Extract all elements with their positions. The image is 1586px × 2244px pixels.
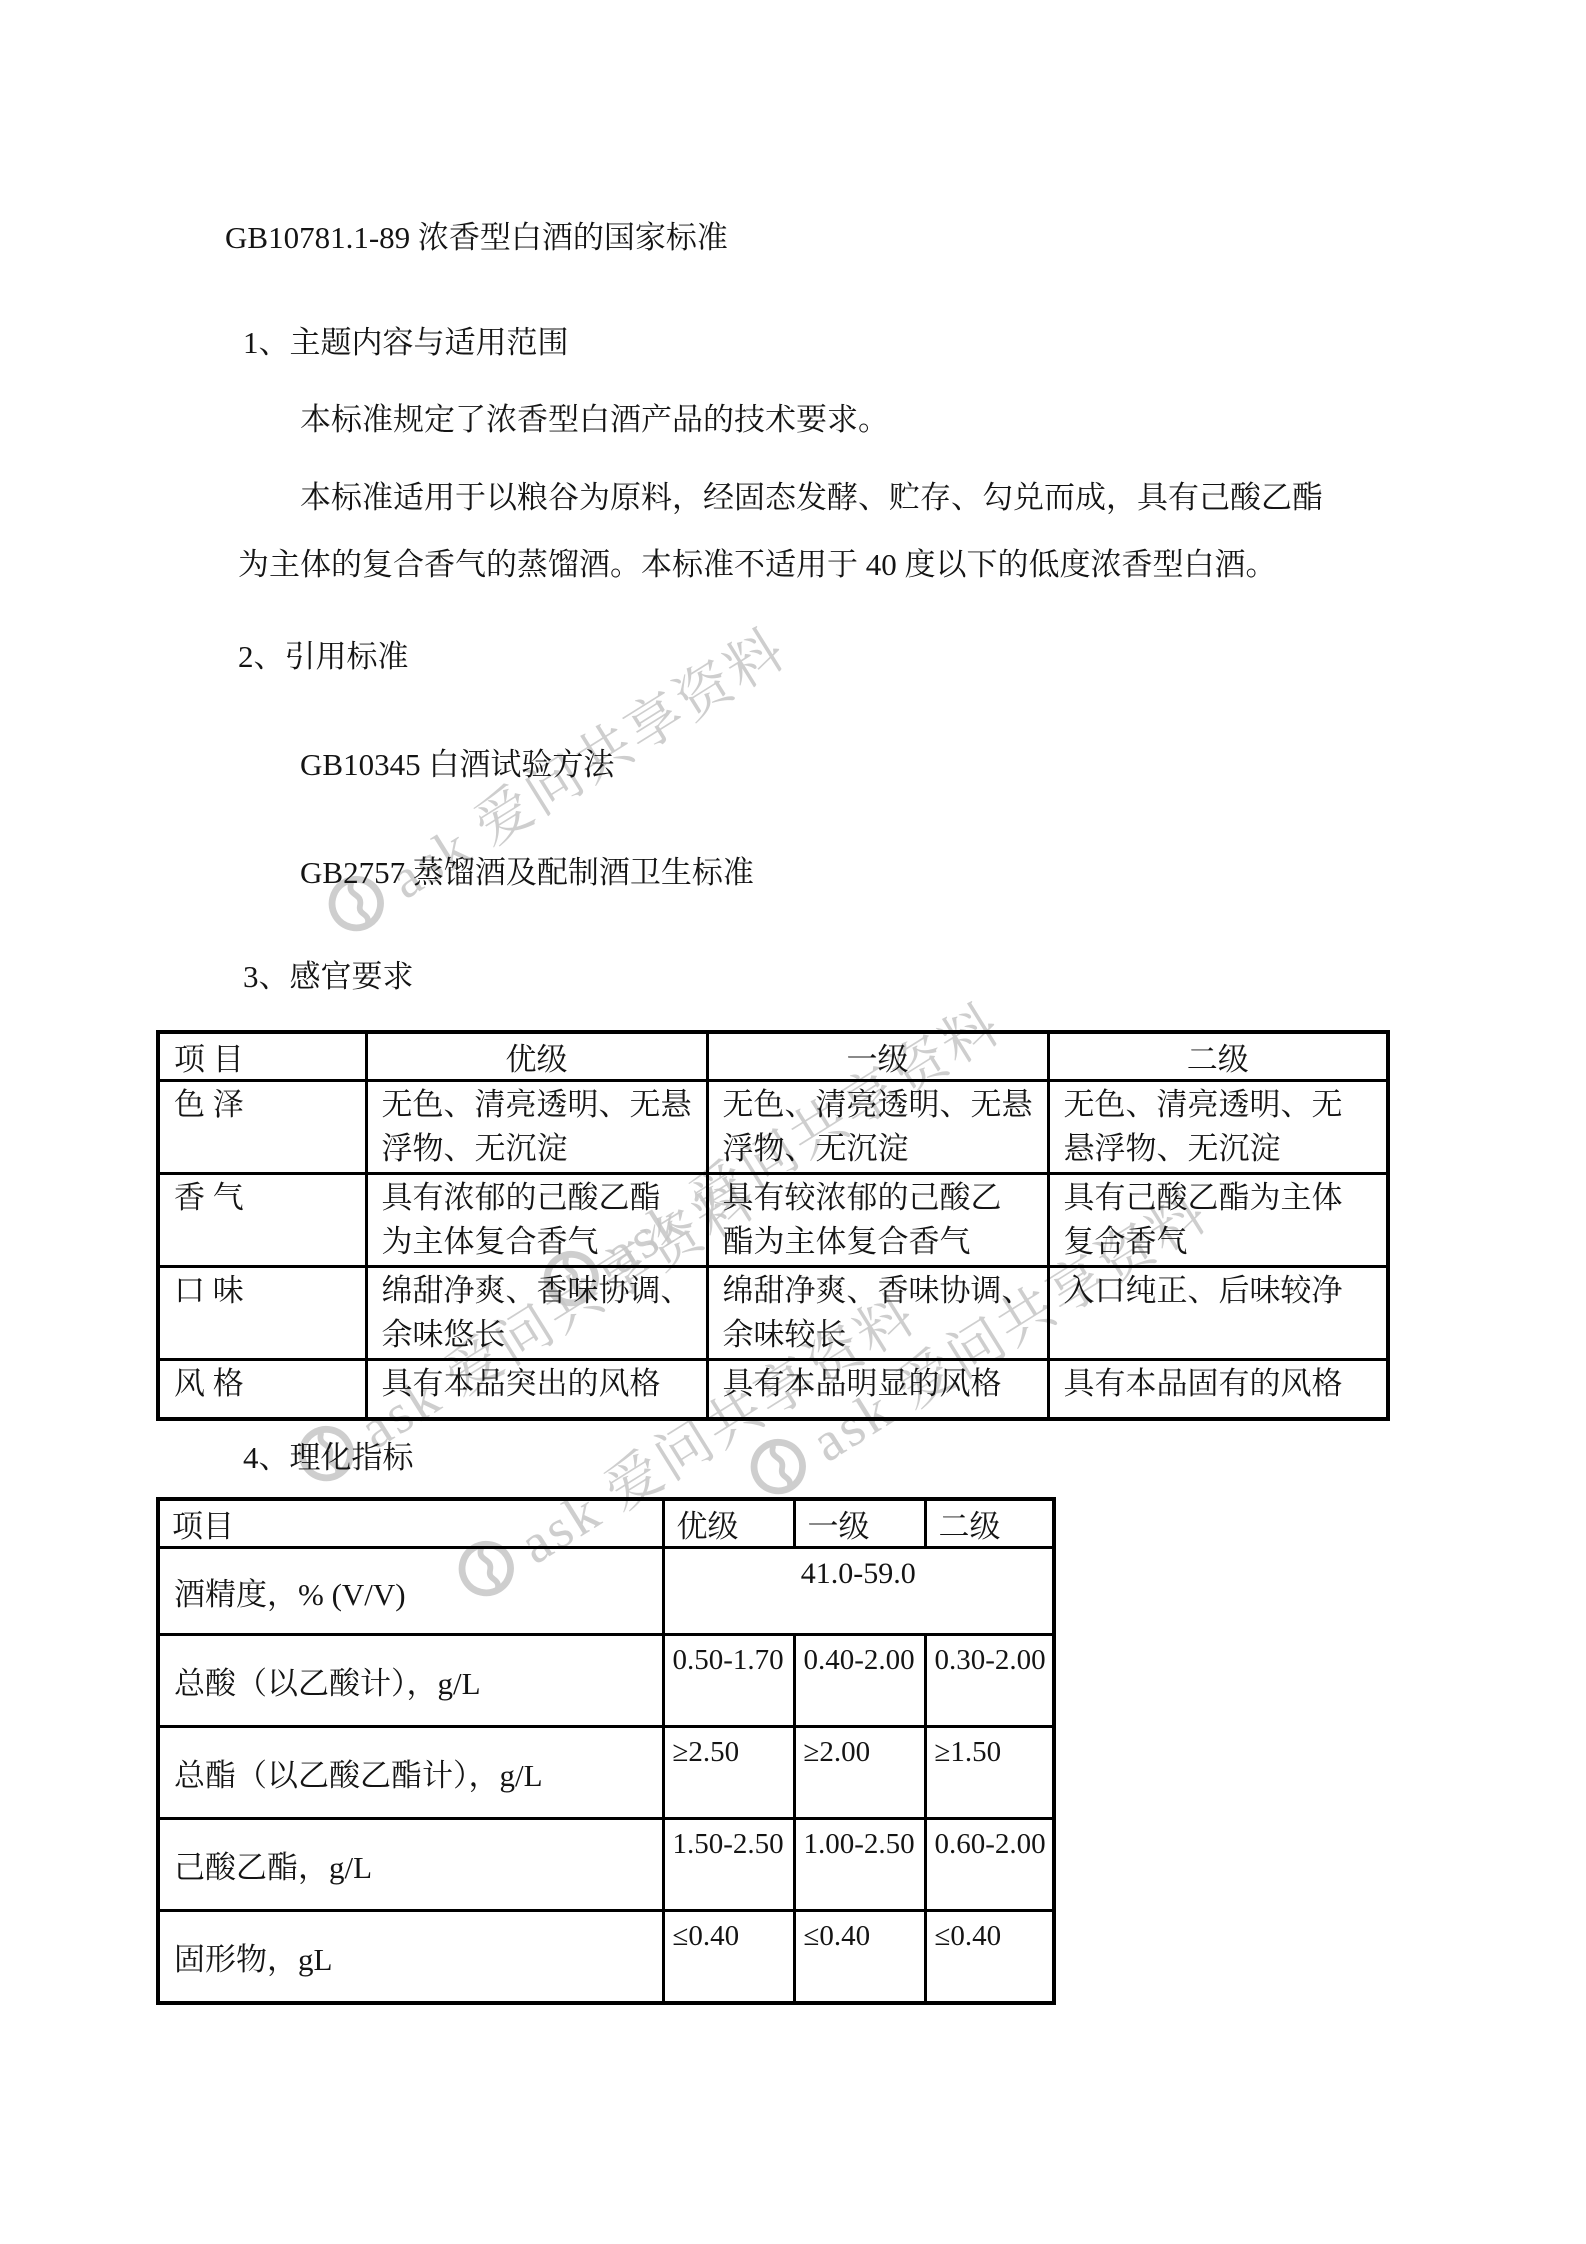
table-header-cell: 项 目: [158, 1032, 366, 1081]
section-2-reference-1: GB10345 白酒试验方法: [300, 745, 614, 785]
section-3-heading: 3、感官要求: [243, 957, 414, 997]
table-header-cell: 一级: [794, 1499, 925, 1548]
table-row: 风 格 具有本品突出的风格 具有本品明显的风格 具有本品固有的风格: [158, 1360, 1388, 1420]
table-header-cell: 二级: [1048, 1032, 1388, 1081]
table-header-cell: 一级: [707, 1032, 1048, 1081]
table-cell: 总酯（以乙酸乙酯计），g/L: [158, 1727, 663, 1819]
table-cell: 具有本品突出的风格: [366, 1360, 707, 1420]
section-1-heading: 1、主题内容与适用范围: [243, 323, 569, 363]
table-cell: ≤0.40: [663, 1911, 794, 2004]
table-cell: 0.60-2.00: [925, 1819, 1054, 1911]
section-2-heading: 2、引用标准: [238, 637, 409, 677]
table-cell: ≤0.40: [794, 1911, 925, 2004]
table-cell: 绵甜净爽、香味协调、 余味较长: [707, 1267, 1048, 1360]
table-cell: 0.40-2.00: [794, 1635, 925, 1727]
table-cell: 香 气: [158, 1174, 366, 1267]
table-cell: 具有浓郁的己酸乙酯 为主体复合香气: [366, 1174, 707, 1267]
table-cell: 入口纯正、后味较净: [1048, 1267, 1388, 1360]
table-cell: 1.50-2.50: [663, 1819, 794, 1911]
table-cell: 色 泽: [158, 1081, 366, 1174]
table-cell: 绵甜净爽、香味协调、 余味悠长: [366, 1267, 707, 1360]
table-header-row: 项 目 优级 一级 二级: [158, 1032, 1388, 1081]
table-cell: 具有较浓郁的己酸乙 酯为主体复合香气: [707, 1174, 1048, 1267]
table-cell: 风 格: [158, 1360, 366, 1420]
table-header-cell: 项目: [158, 1499, 663, 1548]
table-header-cell: 优级: [663, 1499, 794, 1548]
table-row: 总酯（以乙酸乙酯计），g/L ≥2.50 ≥2.00 ≥1.50: [158, 1727, 1054, 1819]
table-row: 口 味 绵甜净爽、香味协调、 余味悠长 绵甜净爽、香味协调、 余味较长 入口纯正…: [158, 1267, 1388, 1360]
table-cell: 无色、清亮透明、无悬 浮物、无沉淀: [366, 1081, 707, 1174]
table-cell: 具有本品明显的风格: [707, 1360, 1048, 1420]
document-title: GB10781.1-89 浓香型白酒的国家标准: [225, 218, 728, 258]
table-cell: 无色、清亮透明、无 悬浮物、无沉淀: [1048, 1081, 1388, 1174]
section-1-paragraph-2-line-1: 本标准适用于以粮谷为原料，经固态发酵、贮存、勾兑而成，具有己酸乙酯: [300, 478, 1323, 518]
table-cell: 口 味: [158, 1267, 366, 1360]
sensory-table: 项 目 优级 一级 二级 色 泽 无色、清亮透明、无悬 浮物、无沉淀 无色、清亮…: [156, 1030, 1390, 1421]
table-row: 总酸（以乙酸计），g/L 0.50-1.70 0.40-2.00 0.30-2.…: [158, 1635, 1054, 1727]
table-cell: ≥2.50: [663, 1727, 794, 1819]
section-1-paragraph-2-line-2: 为主体的复合香气的蒸馏酒。本标准不适用于 40 度以下的低度浓香型白酒。: [238, 545, 1277, 585]
table-cell: ≥2.00: [794, 1727, 925, 1819]
table-cell: 0.30-2.00: [925, 1635, 1054, 1727]
table-cell: 总酸（以乙酸计），g/L: [158, 1635, 663, 1727]
section-1-paragraph-1: 本标准规定了浓香型白酒产品的技术要求。: [300, 400, 889, 440]
table-header-cell: 优级: [366, 1032, 707, 1081]
table-cell: 酒精度，% (V/V): [158, 1548, 663, 1635]
section-2-reference-2: GB2757 蒸馏酒及配制酒卫生标准: [300, 853, 754, 893]
table-row-alcohol: 酒精度，% (V/V) 41.0-59.0: [158, 1548, 1054, 1635]
table-header-row: 项目 优级 一级 二级: [158, 1499, 1054, 1548]
table-cell: 固形物，gL: [158, 1911, 663, 2004]
physchem-table: 项目 优级 一级 二级 酒精度，% (V/V) 41.0-59.0 总酸（以乙酸…: [156, 1497, 1056, 2005]
table-header-cell: 二级: [925, 1499, 1054, 1548]
table-cell: 0.50-1.70: [663, 1635, 794, 1727]
document-page: ask 爱问共享资料 ask 爱问共享资料 ask 爱问共享资料 ask 爱问共…: [0, 0, 1586, 2244]
table-row: 色 泽 无色、清亮透明、无悬 浮物、无沉淀 无色、清亮透明、无悬 浮物、无沉淀 …: [158, 1081, 1388, 1174]
table-cell: 1.00-2.50: [794, 1819, 925, 1911]
table-row: 香 气 具有浓郁的己酸乙酯 为主体复合香气 具有较浓郁的己酸乙 酯为主体复合香气…: [158, 1174, 1388, 1267]
table-cell: 具有己酸乙酯为主体 复合香气: [1048, 1174, 1388, 1267]
table-row: 固形物，gL ≤0.40 ≤0.40 ≤0.40: [158, 1911, 1054, 2004]
table-cell: 具有本品固有的风格: [1048, 1360, 1388, 1420]
section-4-heading: 4、理化指标: [243, 1438, 414, 1478]
table-cell: ≥1.50: [925, 1727, 1054, 1819]
table-cell: 无色、清亮透明、无悬 浮物、无沉淀: [707, 1081, 1048, 1174]
table-row: 己酸乙酯，g/L 1.50-2.50 1.00-2.50 0.60-2.00: [158, 1819, 1054, 1911]
table-cell-merged: 41.0-59.0: [663, 1548, 1054, 1635]
table-cell: 己酸乙酯，g/L: [158, 1819, 663, 1911]
table-cell: ≤0.40: [925, 1911, 1054, 2004]
